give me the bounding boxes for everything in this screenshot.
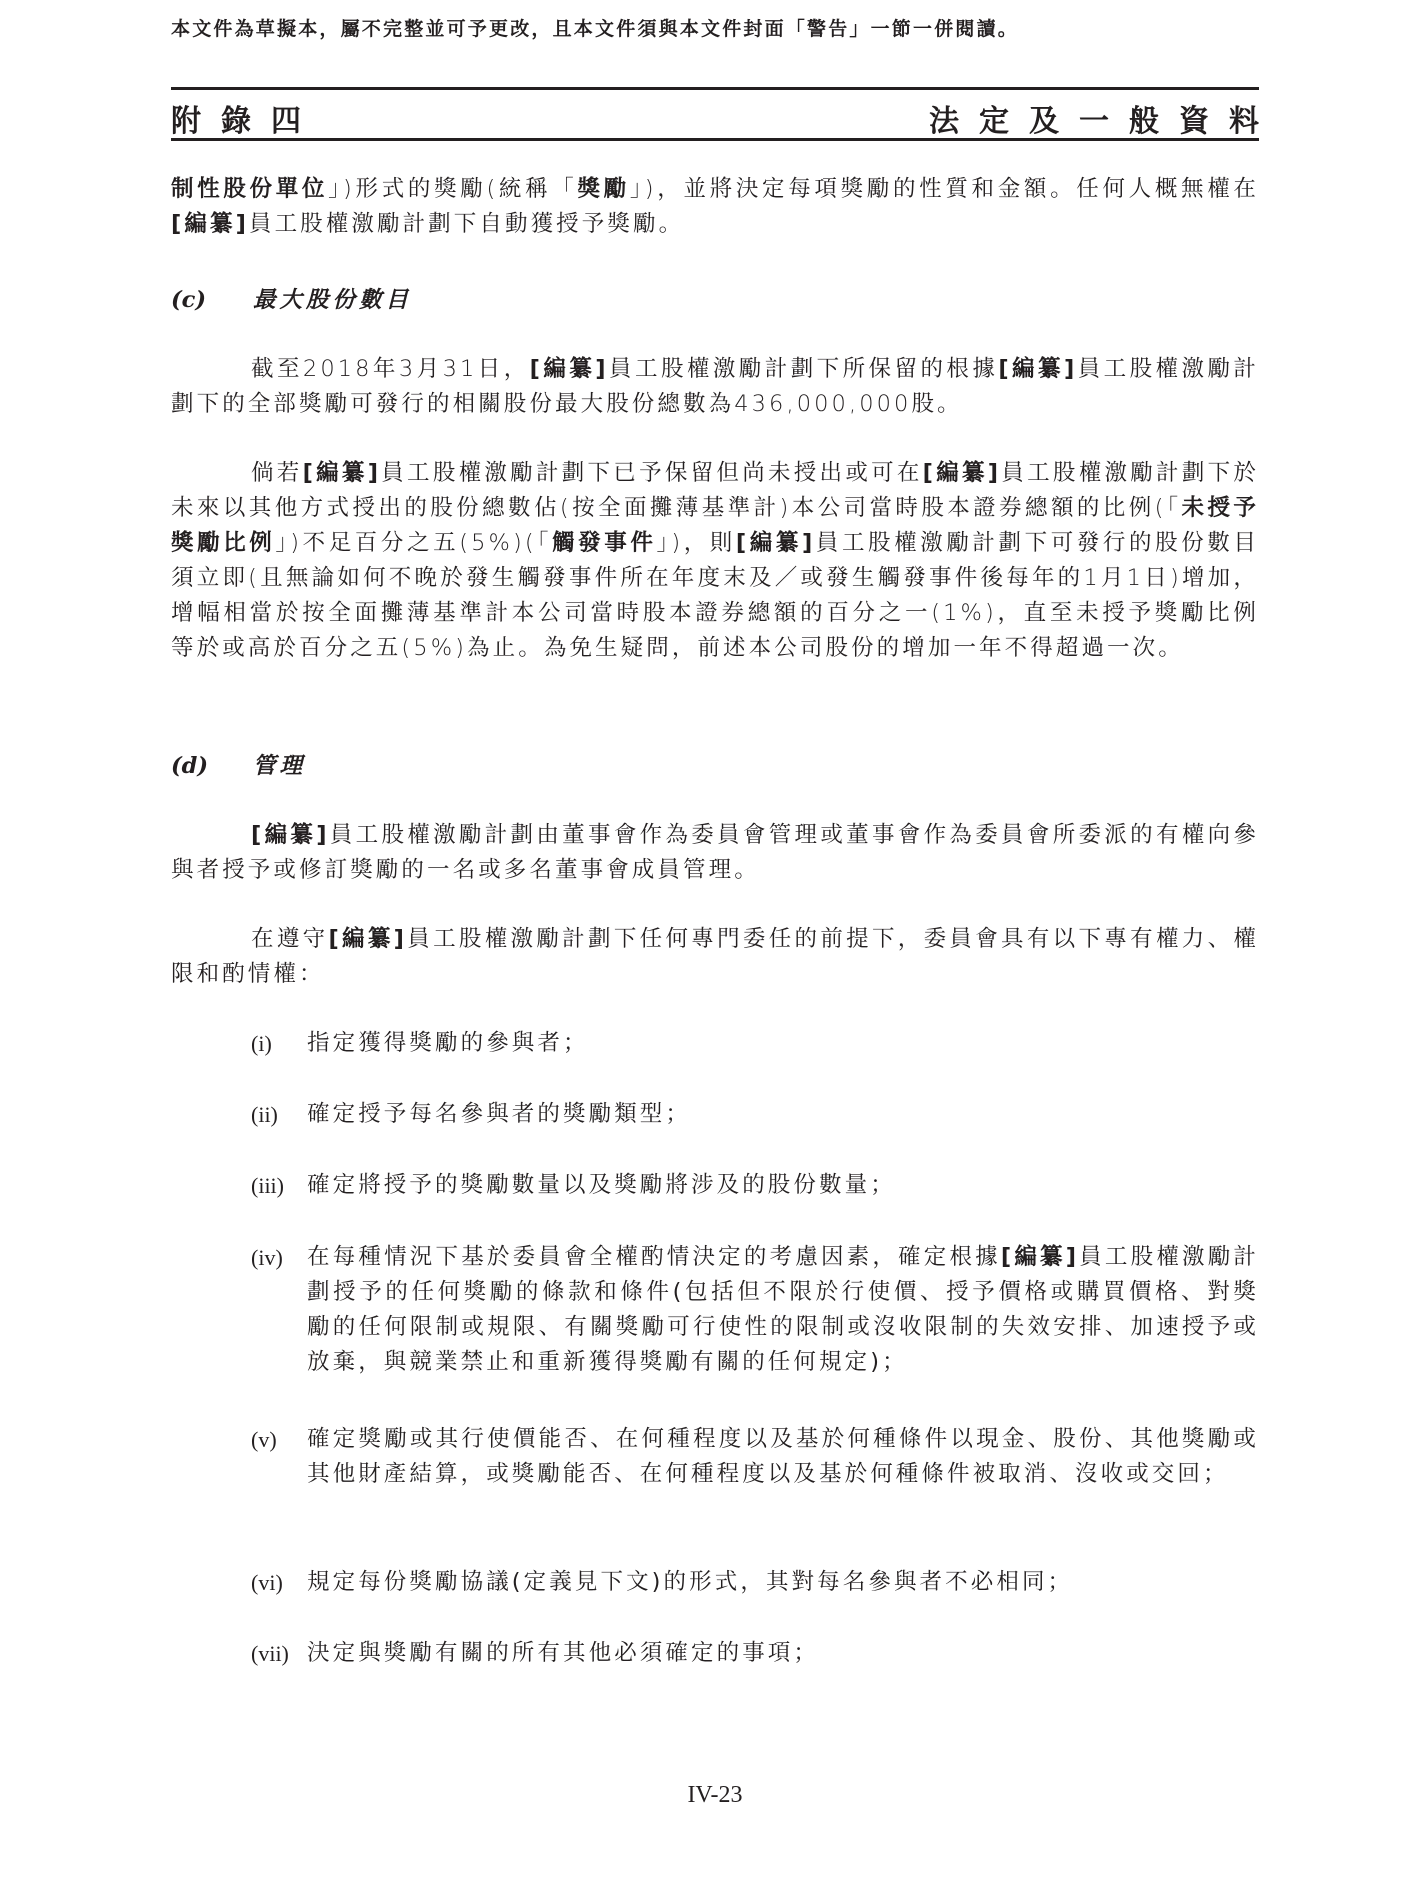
list-number: (i) xyxy=(251,1026,272,1061)
section-title-text: 最大股份數目 xyxy=(253,287,412,313)
redacted-term: [編纂] xyxy=(1001,1244,1079,1270)
list-text: 在每種情況下基於委員會全權酌情決定的考慮因素，確定根據[編纂]員工股權激勵計劃授… xyxy=(307,1240,1259,1380)
bold-term: 制性股份單位 xyxy=(171,176,328,202)
list-number: (iii) xyxy=(251,1168,284,1203)
redacted-term: [編纂] xyxy=(530,356,609,382)
header-rule-top xyxy=(171,87,1259,90)
redacted-term: [編纂] xyxy=(736,530,815,556)
list-number: (iv) xyxy=(251,1240,283,1275)
section-heading-d: (d)管理 xyxy=(171,748,306,780)
list-number: (ii) xyxy=(251,1097,278,1132)
paragraph-trigger-event: 倘若[編纂]員工股權激勵計劃下已予保留但尚未授出或可在[編纂]員工股權激勵計劃下… xyxy=(171,456,1259,666)
list-number: (vi) xyxy=(251,1565,283,1600)
paragraph-committee-powers: 在遵守[編纂]員工股權激勵計劃下任何專門委任的前提下，委員會具有以下專有權力、權… xyxy=(171,922,1259,992)
section-number: (c) xyxy=(171,287,253,313)
list-text: 規定每份獎勵協議(定義見下文)的形式，其對每名參與者不必相同； xyxy=(307,1565,1259,1600)
list-text: 指定獲得獎勵的參與者； xyxy=(307,1026,1259,1061)
list-item: (i) 指定獲得獎勵的參與者； xyxy=(251,1026,1259,1061)
list-text: 確定獎勵或其行使價能否、在何種程度以及基於何種條件以現金、股份、其他獎勵或其他財… xyxy=(307,1422,1259,1492)
intro-paragraph: 制性股份單位」)形式的獎勵(統稱「獎勵」)，並將決定每項獎勵的性質和金額。任何人… xyxy=(171,172,1259,242)
section-title: 法定及一般資料 xyxy=(929,96,1279,140)
redacted-term: [編纂] xyxy=(171,211,249,237)
list-item: (vi) 規定每份獎勵協議(定義見下文)的形式，其對每名參與者不必相同； xyxy=(251,1565,1259,1600)
draft-notice: 本文件為草擬本，屬不完整並可予更改，且本文件須與本文件封面「警告」一節一併閱讀。 xyxy=(171,14,1019,41)
list-number: (vii) xyxy=(251,1636,289,1671)
redacted-term: [編纂] xyxy=(303,460,382,486)
header-rule-bottom xyxy=(171,138,1259,141)
redacted-term: [編纂] xyxy=(998,356,1077,382)
list-item: (ii) 確定授予每名參與者的獎勵類型； xyxy=(251,1097,1259,1132)
section-heading-c: (c)最大股份數目 xyxy=(171,282,412,314)
list-item: (iv) 在每種情況下基於委員會全權酌情決定的考慮因素，確定根據[編纂]員工股權… xyxy=(251,1240,1259,1380)
redacted-term: [編纂] xyxy=(328,926,407,952)
list-item: (v) 確定獎勵或其行使價能否、在何種程度以及基於何種條件以現金、股份、其他獎勵… xyxy=(251,1422,1259,1492)
redacted-term: [編纂] xyxy=(251,822,330,848)
section-title-text: 管理 xyxy=(253,753,306,779)
section-number: (d) xyxy=(171,753,253,779)
list-text: 決定與獎勵有關的所有其他必須確定的事項； xyxy=(307,1636,1259,1671)
list-number: (v) xyxy=(251,1422,277,1457)
bold-term: 獎勵 xyxy=(578,176,630,202)
defined-term: 觸發事件 xyxy=(552,530,656,556)
redacted-term: [編纂] xyxy=(923,460,1002,486)
appendix-label: 附錄四 xyxy=(171,96,321,140)
list-text: 確定將授予的獎勵數量以及獎勵將涉及的股份數量； xyxy=(307,1168,1259,1203)
paragraph-max-shares: 截至2018年3月31日，[編纂]員工股權激勵計劃下所保留的根據[編纂]員工股權… xyxy=(171,352,1259,422)
paragraph-administration: [編纂]員工股權激勵計劃由董事會作為委員會管理或董事會作為委員會所委派的有權向參… xyxy=(171,818,1259,888)
list-text: 確定授予每名參與者的獎勵類型； xyxy=(307,1097,1259,1132)
list-item: (vii) 決定與獎勵有關的所有其他必須確定的事項； xyxy=(251,1636,1259,1671)
list-item: (iii) 確定將授予的獎勵數量以及獎勵將涉及的股份數量； xyxy=(251,1168,1259,1203)
page-number: IV-23 xyxy=(171,1782,1259,1809)
